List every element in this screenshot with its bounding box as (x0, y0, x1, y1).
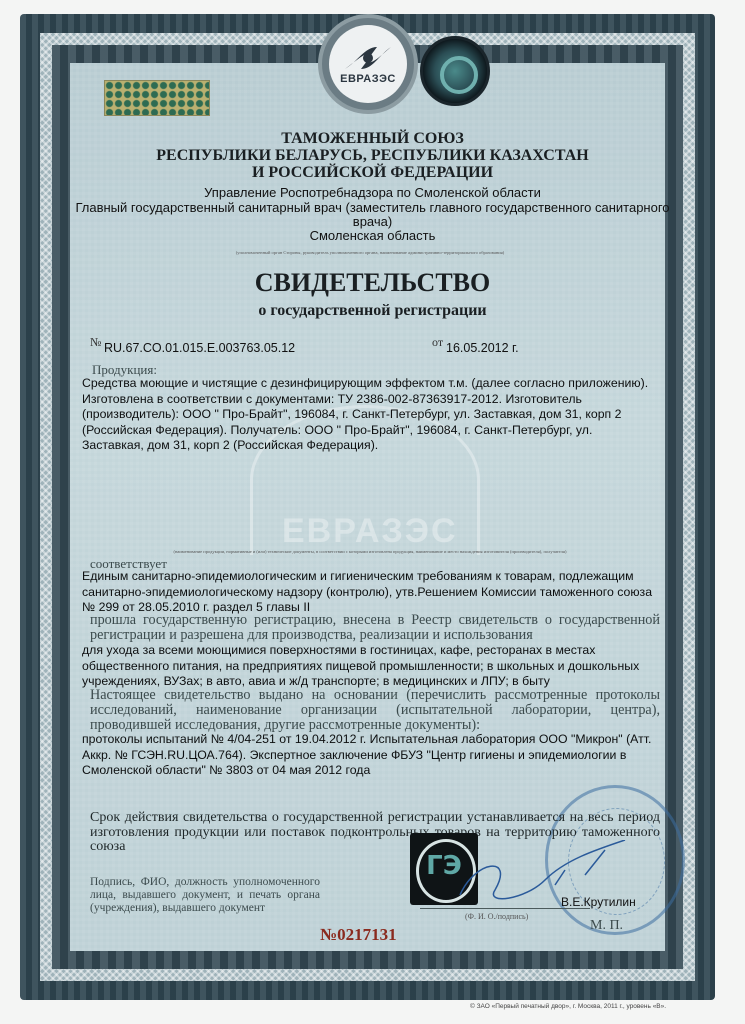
conformity-details: Единым санитарно-эпидемиологическим и ги… (82, 569, 662, 616)
usage-line: общественного питания, на предприятиях п… (82, 659, 662, 675)
basis-line: Аккр. № ГСЭН.RU.ЦОА.764). Экспертное зак… (82, 748, 662, 764)
product-caption: (наименование продукции, нормативные и (… (90, 549, 650, 554)
union-line-1: ТАМОЖЕННЫЙ СОЮЗ (0, 130, 745, 147)
authority-line-2: Главный государственный санитарный врач … (0, 200, 745, 215)
page-subtitle: о государственной регистрации (0, 302, 745, 320)
usage-details: для ухода за всеми моющимися поверхностя… (82, 643, 662, 690)
usage-line: для ухода за всеми моющимися поверхностя… (82, 643, 662, 659)
conformity-line: Единым санитарно-эпидемиологическим и ги… (82, 569, 662, 585)
signature-line-caption: (Ф. И. О./подпись) (465, 912, 528, 921)
eurasec-emblem-icon: ЕВРАЗЭС (318, 14, 418, 114)
union-line-3: И РОССИЙСКОЙ ФЕДЕРАЦИИ (0, 164, 745, 181)
authority-line-1: Управление Роспотребнадзора по Смоленско… (0, 185, 745, 200)
authority-line-3: врача) (0, 214, 745, 229)
security-hologram-strip (104, 80, 210, 116)
number-label: № (90, 335, 101, 350)
signature-caption: Подпись, ФИО, должность уполномоченного … (90, 876, 320, 915)
printer-note: © ЗАО «Первый печатный двор», г. Москва,… (470, 1003, 666, 1010)
hologram-seal-icon (420, 36, 490, 106)
basis-line: протоколы испытаний № 4/04-251 от 19.04.… (82, 732, 662, 748)
authority-caption: (уполномоченный орган Стороны, руководит… (140, 250, 600, 255)
emblem-label: ЕВРАЗЭС (340, 73, 396, 85)
product-line: Изготовлена в соответствии с документами… (82, 392, 662, 408)
seal-label: М. П. (590, 918, 623, 934)
basis-statement: Настоящее свидетельство выдано на основа… (90, 688, 660, 733)
product-line: (Российская Федерация). Получатель: ООО … (82, 423, 662, 439)
date-label: от (432, 335, 443, 350)
form-number: №0217131 (320, 925, 397, 945)
union-line-2: РЕСПУБЛИКИ БЕЛАРУСЬ, РЕСПУБЛИКИ КАЗАХСТА… (0, 147, 745, 164)
watermark-label: ЕВРАЗЭС (282, 512, 458, 551)
signature-line (420, 908, 590, 909)
product-line: Заставкая, дом 31, корп 2 (Российская Фе… (82, 438, 662, 454)
authority-line-4: Смоленская область (0, 228, 745, 243)
signer-name: В.Е.Крутилин (561, 895, 636, 909)
basis-details: протоколы испытаний № 4/04-251 от 19.04.… (82, 732, 662, 779)
registration-date: 16.05.2012 г. (446, 341, 519, 355)
product-line: (производитель): ООО " Про-Брайт", 19608… (82, 407, 662, 423)
product-line: Средства моющие и чистящие с дезинфициру… (82, 376, 662, 392)
basis-line: Смоленской области" № 3803 от 04 мая 201… (82, 763, 662, 779)
page-title: СВИДЕТЕЛЬСТВО (0, 268, 745, 298)
conformity-line: санитарно-эпидемиологическому надзору (к… (82, 585, 662, 601)
registered-statement: прошла государственную регистрацию, внес… (90, 613, 660, 643)
product-details: Средства моющие и чистящие с дезинфициру… (82, 376, 662, 454)
eurasec-swirl-icon (343, 43, 393, 73)
registration-number: RU.67.CO.01.015.E.003763.05.12 (104, 341, 295, 355)
